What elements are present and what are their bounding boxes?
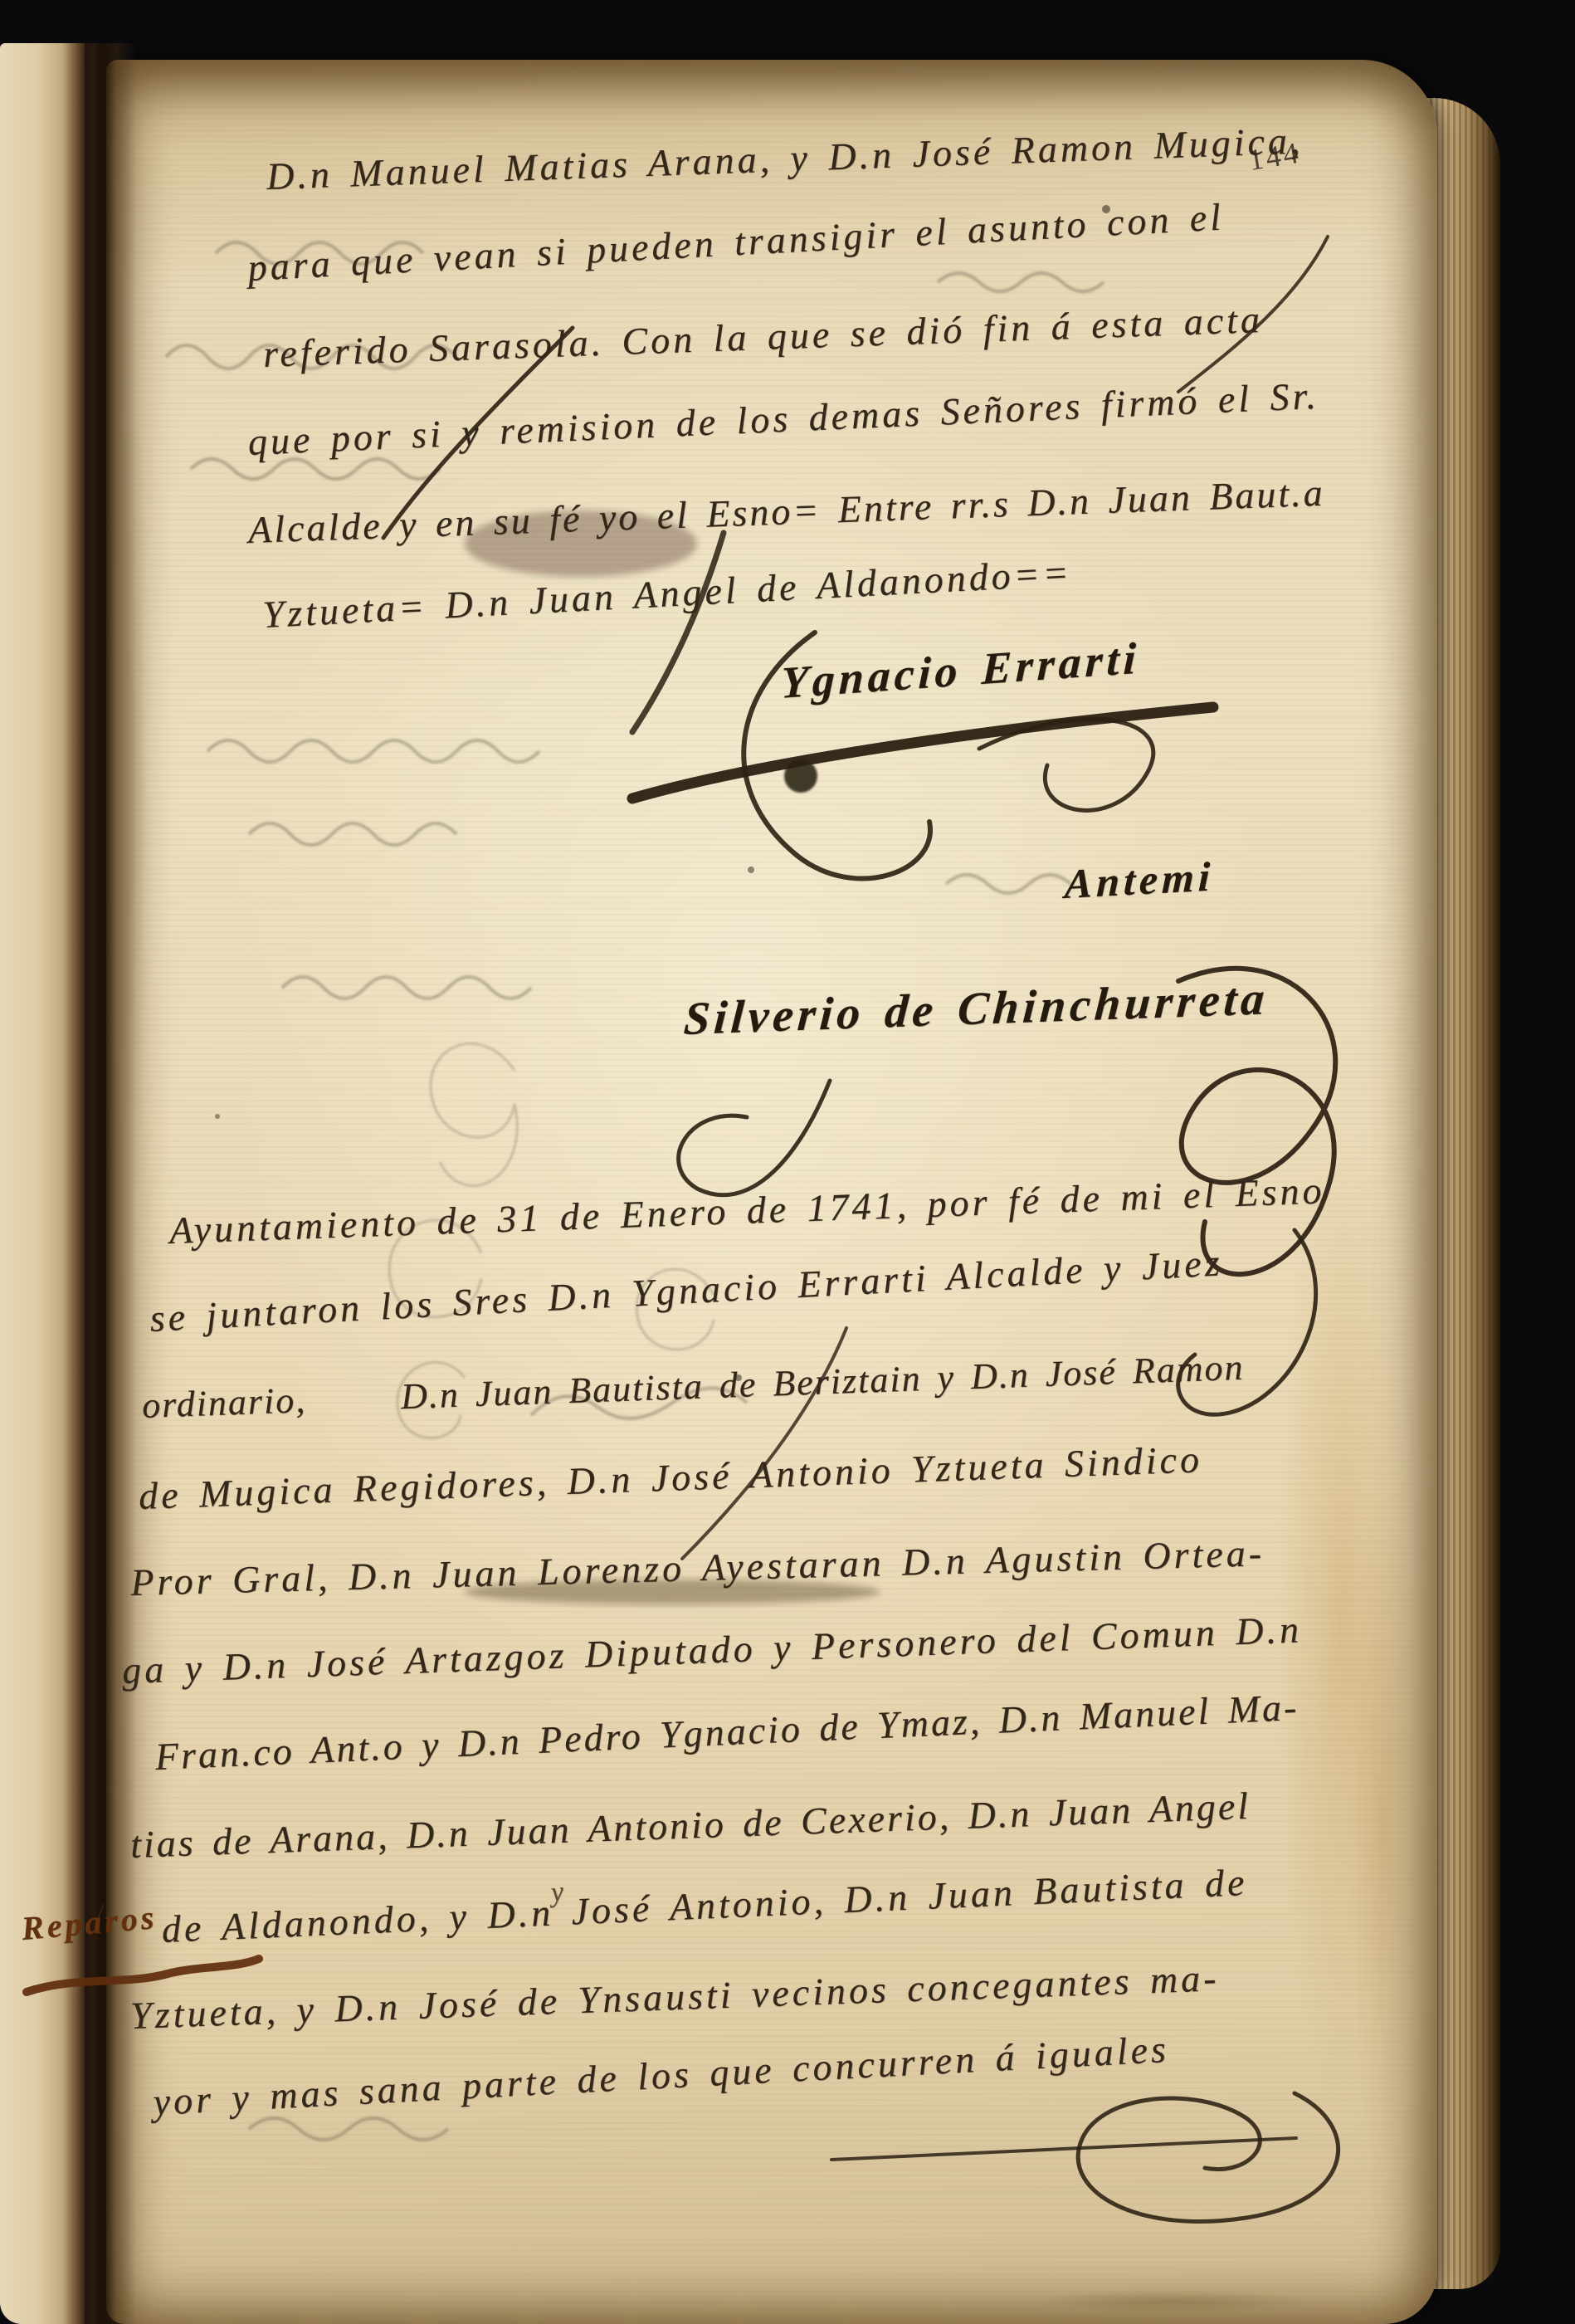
manuscript-scan: 144 D.n Manuel Matias Arana, y D.n José …: [0, 0, 1575, 2324]
antemi-label: Antemi: [1064, 852, 1215, 908]
binding-gutter-shadow: [65, 43, 136, 2324]
insertion-caret: y: [549, 1876, 568, 1909]
